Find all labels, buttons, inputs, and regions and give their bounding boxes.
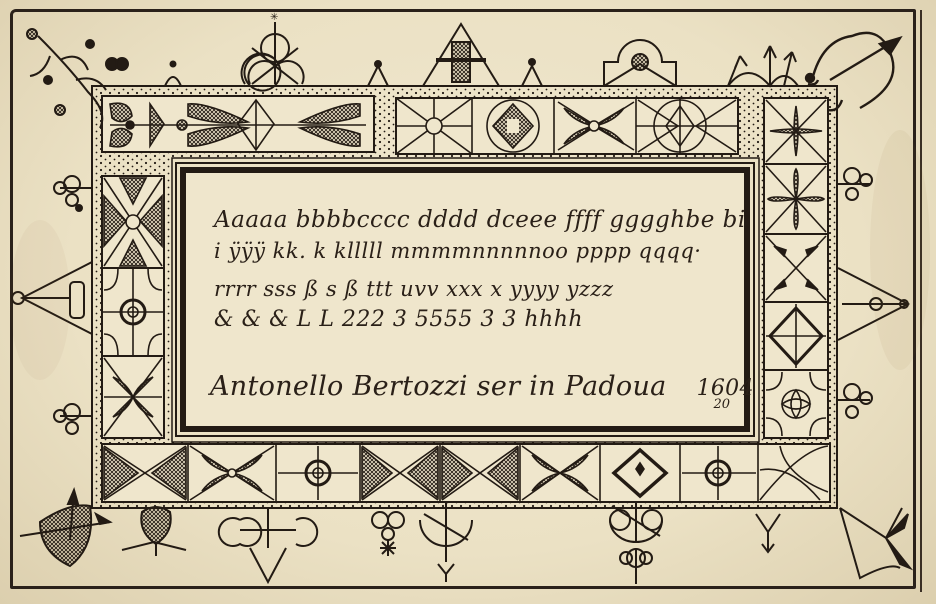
specimen-panel: Aaaaa bbbbcccc dddd dceee ffff gggghbe b… [180,167,750,432]
specimen-line-3: rrrr sss ß s ß ttt uvv xxx x yyyy yzzz [214,277,734,301]
specimen-line-2: i ÿÿÿ kk. k klllll mmmmnnnnnoo pppp qqqq… [214,239,734,263]
copybook-page: ✳ [0,0,936,604]
signature: Antonello Bertozzi ser in Padoua [210,371,667,402]
signature-line: Antonello Bertozzi ser in Padoua1604 [210,371,734,402]
svg-text:✳: ✳ [270,12,278,23]
top-cresting: ✳ [165,12,798,91]
folio-number: 20 [713,397,730,412]
specimen-line-1: Aaaaa bbbbcccc dddd dceee ffff gggghbe b… [214,207,734,233]
specimen-line-4: & & & L L 222 3 5555 3 3 hhhh [214,307,734,332]
